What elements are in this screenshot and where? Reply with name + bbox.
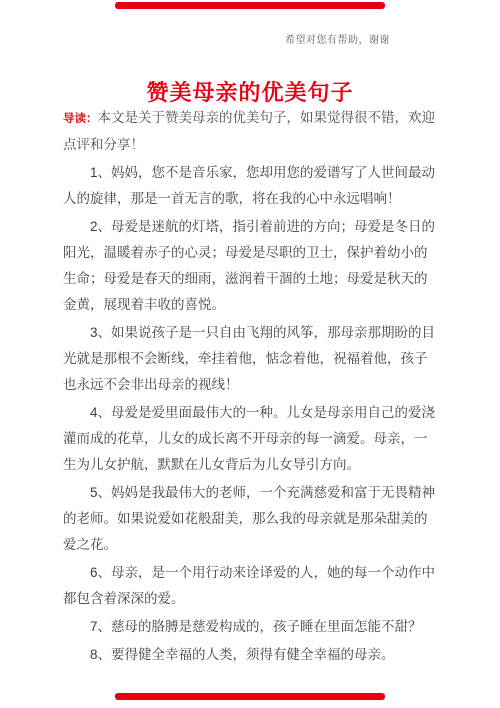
body-paragraph: 7、慈母的胳膊是慈爱构成的，孩子睡在里面怎能不甜？ (63, 614, 440, 640)
page-title: 赞美母亲的优美句子 (0, 76, 500, 107)
body-paragraph: 5、妈妈是我最伟大的老师，一个充满慈爱和富于无畏精神的老师。如果说爱如花般甜美，… (63, 480, 440, 558)
intro-text: 本文是关于赞美母亲的优美句子，如果觉得很不错，欢迎点评和分享！ (63, 110, 435, 152)
intro-paragraph: 导读：本文是关于赞美母亲的优美句子，如果觉得很不错，欢迎点评和分享！ (63, 105, 440, 158)
body-paragraph: 8、要得健全幸福的人类，须得有健全幸福的母亲。 (63, 642, 440, 668)
bottom-red-rule (115, 693, 385, 700)
top-red-rule (115, 2, 385, 9)
document-body: 导读：本文是关于赞美母亲的优美句子，如果觉得很不错，欢迎点评和分享！ 1、妈妈，… (63, 105, 440, 670)
header-note: 希望对您有帮助，谢谢 (285, 31, 390, 46)
body-paragraph: 3、如果说孩子是一只自由飞翔的风筝，那母亲那期盼的目光就是那根不会断线，牵挂着他… (63, 320, 440, 398)
document-page: { "page": { "colors": { "accent_red": "#… (0, 0, 500, 708)
body-paragraph: 2、母爱是迷航的灯塔，指引着前进的方向；母爱是冬日的阳光，温暖着赤子的心灵；母爱… (63, 214, 440, 318)
body-paragraph: 6、母亲，是一个用行动来诠译爱的人，她的每一个动作中都包含着深深的爱。 (63, 560, 440, 612)
body-paragraph: 1、妈妈，您不是音乐家，您却用您的爱谱写了人世间最动人的旋律，那是一首无言的歌，… (63, 160, 440, 212)
body-paragraph: 4、母爱是爱里面最伟大的一种。儿女是母亲用自己的爱浇灌而成的花草，儿女的成长离不… (63, 400, 440, 478)
intro-label: 导读： (63, 113, 98, 125)
